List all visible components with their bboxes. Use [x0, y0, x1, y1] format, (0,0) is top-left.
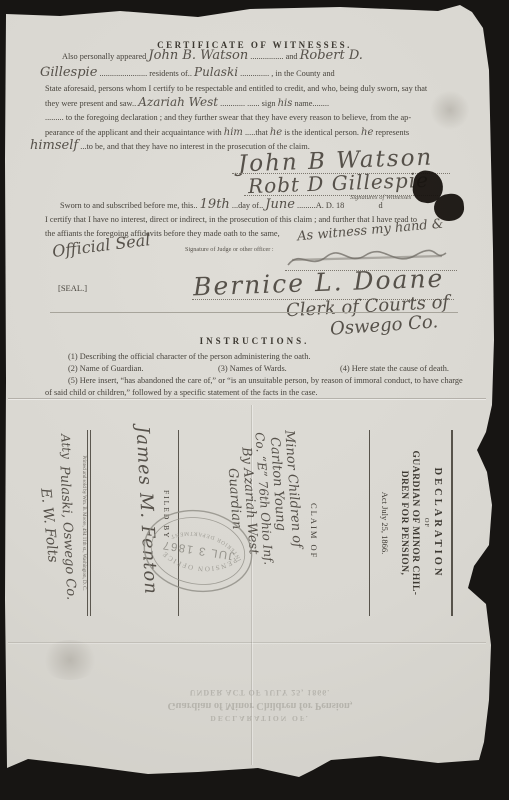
certificate-line-2: Gillespie ....................... reside… — [40, 68, 335, 78]
certify-line-2: the affiants the foregoing affidavits be… — [45, 229, 280, 238]
certify-line-1: I certify that I have no interest, direc… — [45, 215, 417, 224]
section-rule — [50, 312, 458, 313]
scanned-document: CERTIFICATE OF WITNESSES. Also personall… — [0, 0, 509, 800]
print-text: Also personally appeared — [62, 52, 146, 61]
docket-rule-4a — [90, 430, 91, 616]
certificate-line-5: ......... to the foregoing declaration ;… — [45, 113, 411, 122]
docket-title-of: OF — [424, 418, 431, 628]
print-text: residents of.. — [149, 69, 192, 78]
docket-rule-4b — [87, 430, 88, 616]
docket-title-pension: DREN FOR PENSION, — [400, 418, 410, 628]
print-text: name........ — [294, 99, 329, 108]
print-text: represents — [375, 128, 409, 137]
docket-rule-2 — [369, 430, 371, 616]
handwritten-day: 19th — [200, 197, 230, 212]
instruction-row: (2) Name of Guardian. (3) Names of Wards… — [68, 364, 468, 373]
stain — [40, 640, 100, 680]
print-text: and — [286, 52, 298, 61]
handwritten-witness2-last: Gillespie — [40, 65, 97, 80]
docket-title-guardian: GUARDIAN OF MINOR CHIL- — [411, 418, 421, 628]
received-date-stamp: PENSION OFFICE INTERIOR DEPARTMENT JUL 3… — [134, 496, 263, 605]
stain — [430, 90, 470, 130]
print-text: pearance of the applicant and their acqu… — [45, 128, 222, 137]
bleed-line: UNDER ACT OF JULY 25, 1866. — [105, 688, 415, 697]
print-text: is the identical person. — [284, 128, 359, 137]
handwritten-himself: himself — [30, 138, 78, 153]
print-text: .....that — [245, 128, 268, 137]
handwritten-he: he — [270, 127, 282, 138]
handwritten-him: him — [224, 127, 243, 138]
dotted-fill: ................ — [250, 52, 283, 61]
certificate-line-1: Also personally appeared John B. Watson … — [62, 52, 363, 61]
instruction-1: (1) Describing the official character of… — [68, 352, 310, 361]
bleedthrough-text: DECLARATION OF. Guardian of Minor Childr… — [105, 688, 415, 723]
instruction-3: (3) Names of Wards. — [218, 364, 340, 373]
dotted-fill: .............. — [240, 69, 269, 78]
bleed-line: DECLARATION OF. — [105, 714, 415, 723]
print-text: Sworn to and subscribed before me, this.… — [60, 201, 198, 210]
docket-act-date: Act July 25, 1866. — [381, 418, 391, 628]
docket-title-declaration: DECLARATION — [433, 418, 444, 628]
instruction-2: (2) Name of Guardian. — [68, 364, 218, 373]
handwritten-residence: Pulaski — [194, 65, 238, 79]
fold-crease — [8, 398, 486, 399]
sworn-line: Sworn to and subscribed before me, this.… — [60, 201, 383, 210]
docket-rule-top — [452, 430, 454, 616]
print-text: sign — [262, 99, 276, 108]
certificate-line-4: they were present and saw.. Azariah West… — [45, 98, 329, 108]
fold-crease — [8, 642, 486, 643]
handwritten-month: June — [265, 197, 295, 212]
attorney-title-hw: Atty — [58, 434, 74, 460]
certificate-title: CERTIFICATE OF WITNESSES. — [0, 40, 509, 50]
dotted-fill: ...... — [247, 99, 259, 108]
certificate-line-3: State aforesaid, persons whom I certify … — [45, 84, 427, 93]
claim-of-label: CLAIM OF — [309, 503, 319, 559]
handwritten-witness2-first: Robert D. — [300, 48, 363, 63]
print-text: d — [378, 201, 382, 210]
print-text: , in the County and — [271, 69, 334, 78]
judge-signature-label: Signature of Judge or other officer : — [185, 246, 274, 253]
handwritten-he2: he — [361, 127, 373, 138]
handwritten-his: his — [278, 98, 293, 109]
dotted-fill: ............ — [220, 99, 245, 108]
instruction-5a: (5) Here insert, “has abandoned the care… — [68, 376, 463, 385]
dotted-fill: ....................... — [99, 69, 147, 78]
instruction-4: (4) Here state the cause of death. — [340, 364, 449, 373]
seal-bracket: [SEAL.] — [58, 283, 87, 293]
print-text: .........A. D. 18 — [297, 201, 344, 210]
signatures-of-witnesses-label: Signatures of Witnesses — [350, 194, 411, 201]
print-text: ...day of.. — [232, 201, 263, 210]
handwritten-witness1-name: John B. Watson — [148, 48, 248, 63]
printer-imprint: Printed and sold by Wm. B. Moore, 494 11… — [81, 418, 86, 628]
instructions-title: INSTRUCTIONS. — [0, 336, 509, 346]
handwritten-declarant-name: Azariah West — [138, 95, 218, 109]
instruction-5b: of said child or children,” followed by … — [45, 388, 318, 397]
bleed-line: Guardian of Minor Children for Pension, — [105, 700, 415, 711]
print-text: they were present and saw.. — [45, 99, 136, 108]
certificate-line-6: pearance of the applicant and their acqu… — [45, 128, 409, 137]
attorney-place-hw: Pulaski, Oswego Co. — [57, 466, 79, 601]
